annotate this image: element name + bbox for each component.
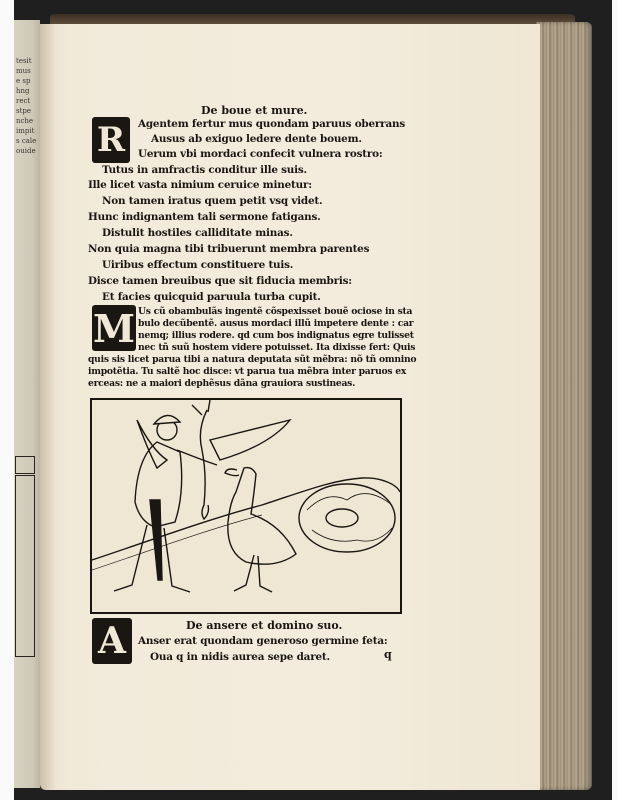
verse-line: Agentem fertur mus quondam paruus oberra… xyxy=(138,117,405,131)
woodcut-illustration xyxy=(90,398,402,614)
gutter-shadow xyxy=(40,24,56,790)
prose-line: impotẽtia. Tu saltẽ hoc disce: vt parua … xyxy=(88,366,406,378)
verse-line: Et facies quicquid paruula turba cupit. xyxy=(102,290,321,304)
facing-woodcut-fragment xyxy=(15,475,35,657)
prose-line: Us cũ obambulãs ingentẽ cõspexisset bouẽ… xyxy=(138,306,412,318)
scan-margin-left xyxy=(0,0,14,800)
verse-line: Anser erat quondam generoso germine feta… xyxy=(138,634,388,648)
verse-line: Hunc indignantem tali sermone fatigans. xyxy=(88,210,321,224)
verse-line: Ille licet vasta nimium ceruice minetur: xyxy=(88,178,312,192)
verse-line: Distulit hostiles calliditate minas. xyxy=(102,226,293,240)
decorated-initial: M xyxy=(92,305,136,351)
facing-page-edge: tesit mus e sp hng rect stpe nche impit … xyxy=(14,20,40,788)
prose-line: quis sis licet parua tibi a natura deput… xyxy=(88,354,416,366)
verse-line: Non quia magna tibi tribuerunt membra pa… xyxy=(88,242,369,256)
prose-line: nemq; illius rodere. qd cum bos indignat… xyxy=(138,330,414,342)
decorated-initial: R xyxy=(92,117,130,163)
facing-woodcut-fragment xyxy=(15,456,35,474)
woodcut-image xyxy=(92,400,400,612)
verse-line: Uiribus effectum constituere tuis. xyxy=(102,258,293,272)
verse-line: Disce tamen breuibus que sit fiducia mem… xyxy=(88,274,352,288)
verse-line: Oua q in nidis aurea sepe daret. xyxy=(150,650,330,664)
prose-line: nec tñ suũ hostem videre potuisset. Ita … xyxy=(138,342,415,354)
verse-line: Uerum vbi mordaci confecit vulnera rostr… xyxy=(138,147,382,161)
fable-title: De ansere et domino suo. xyxy=(186,619,342,632)
facing-page-text: tesit mus e sp hng rect stpe nche impit … xyxy=(16,56,36,156)
signature-mark: q xyxy=(384,648,392,661)
fable-title: De boue et mure. xyxy=(201,104,307,117)
verse-line: Ausus ab exiguo ledere dente bouem. xyxy=(151,132,362,146)
prose-line: bulo decũbentẽ. ausus mordaci illũ impet… xyxy=(138,318,413,330)
scan-margin-right xyxy=(612,0,618,800)
decorated-initial: A xyxy=(92,618,132,664)
prose-line: erceas: ne a maiori dephẽsus dãna grauio… xyxy=(88,378,355,390)
verse-line: Tutus in amfractis conditur ille suis. xyxy=(102,163,307,177)
fore-edge xyxy=(536,22,592,790)
verse-line: Non tamen iratus quem petit vsq videt. xyxy=(102,194,322,208)
